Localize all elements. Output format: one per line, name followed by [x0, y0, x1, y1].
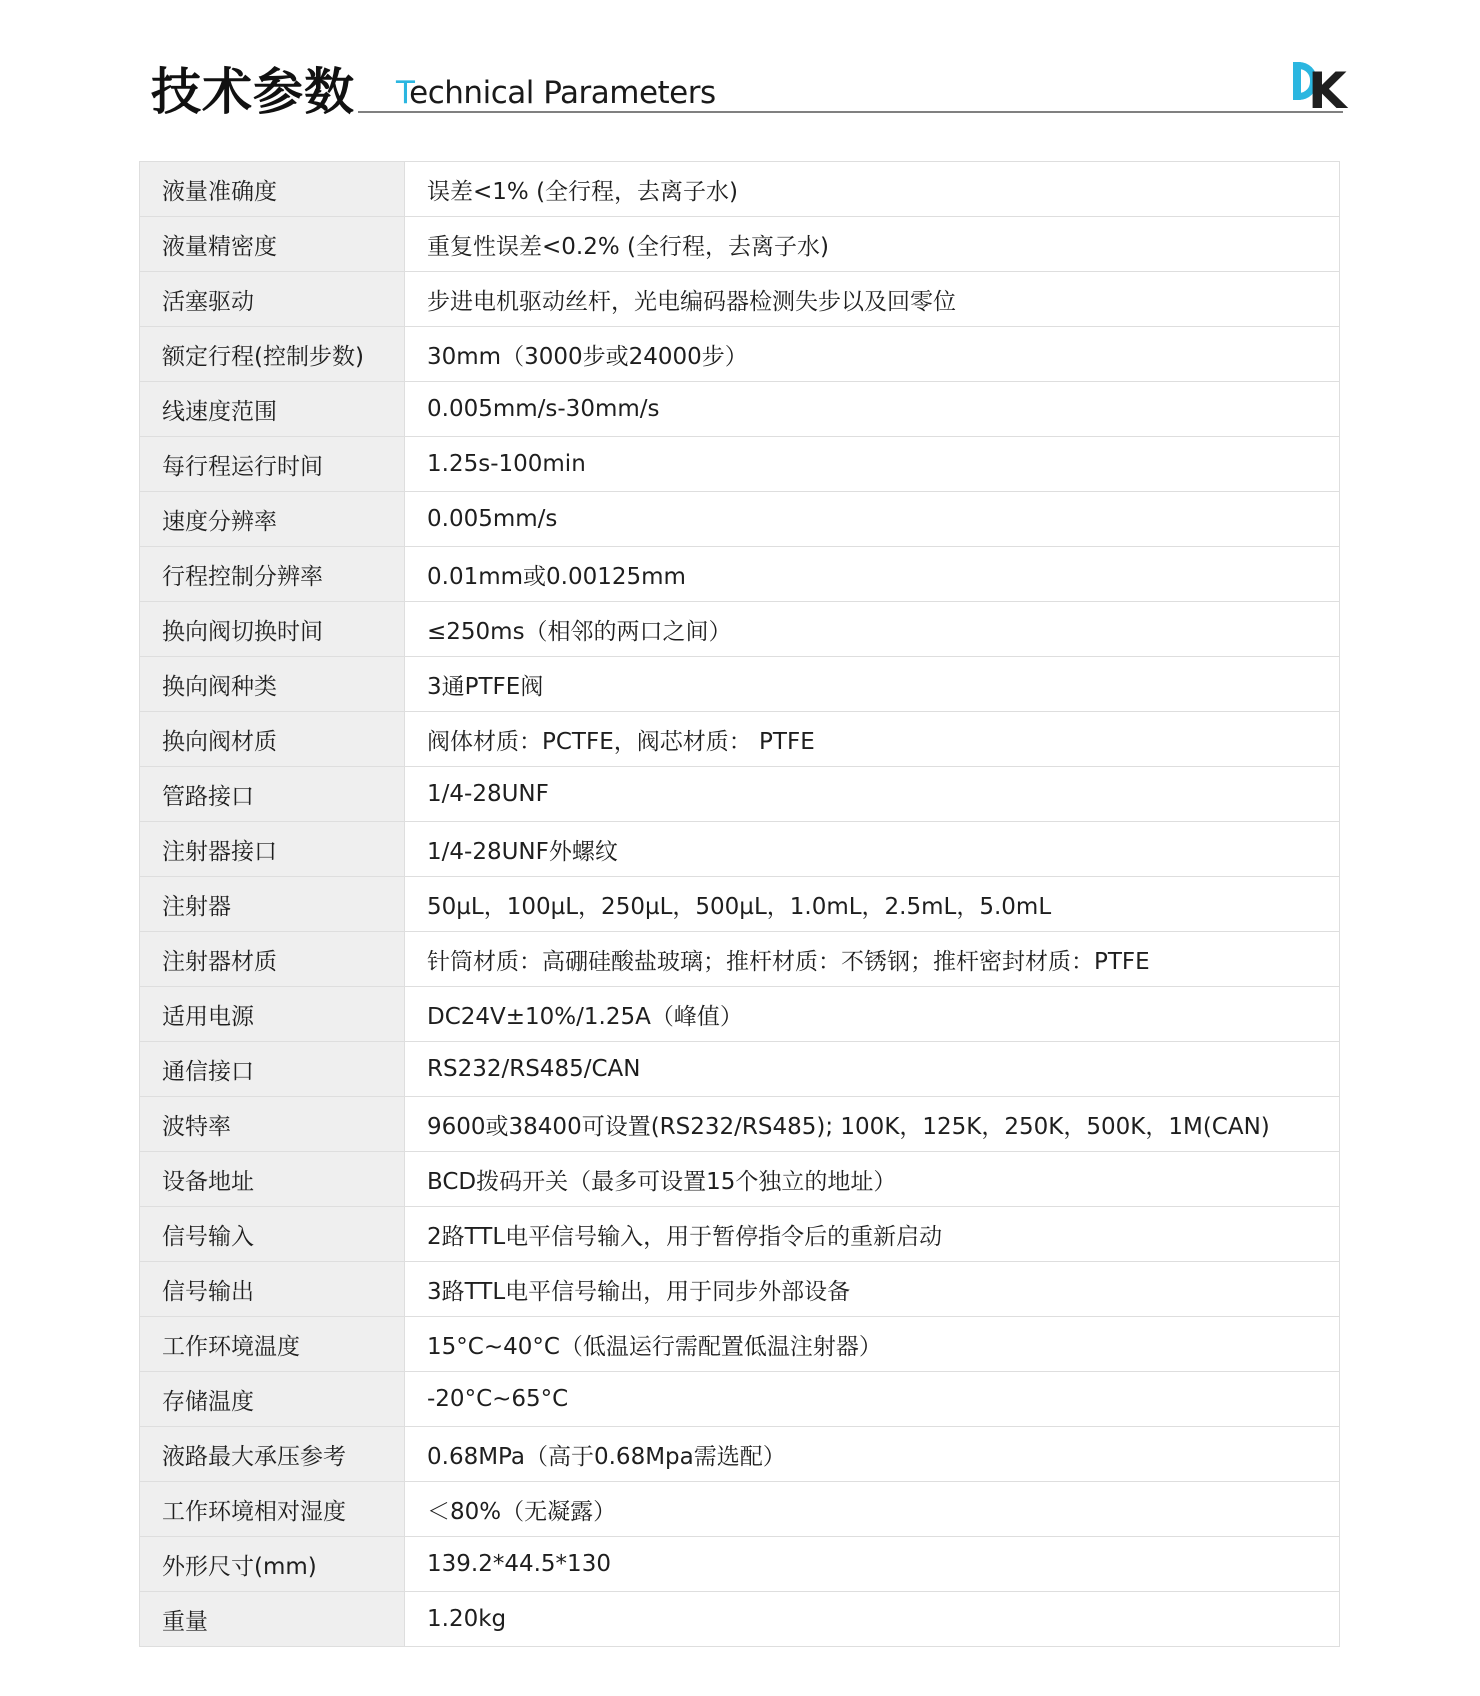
spec-value: RS232/RS485/CAN: [405, 1042, 1340, 1097]
spec-label: 换向阀切换时间: [140, 602, 405, 657]
table-row: 液量精密度重复性误差<0.2% (全行程，去离子水): [140, 217, 1340, 272]
table-row: 管路接口1/4-28UNF: [140, 767, 1340, 822]
spec-value: 30mm（3000步或24000步）: [405, 327, 1340, 382]
spec-label: 存储温度: [140, 1372, 405, 1427]
spec-label: 活塞驱动: [140, 272, 405, 327]
title-en-accent-letter: T: [396, 75, 409, 111]
spec-label: 速度分辨率: [140, 492, 405, 547]
spec-value: 0.68MPa（高于0.68Mpa需选配）: [405, 1427, 1340, 1482]
table-row: 速度分辨率0.005mm/s: [140, 492, 1340, 547]
spec-value: ＜80%（无凝露）: [405, 1482, 1340, 1537]
spec-label: 外形尺寸(mm): [140, 1537, 405, 1592]
spec-value: 重复性误差<0.2% (全行程，去离子水): [405, 217, 1340, 272]
spec-value: 1.20kg: [405, 1592, 1340, 1647]
spec-value: 1/4-28UNF: [405, 767, 1340, 822]
table-row: 存储温度-20°C~65°C: [140, 1372, 1340, 1427]
spec-label: 信号输入: [140, 1207, 405, 1262]
page-title-en: Technical Parameters: [396, 74, 716, 112]
spec-value: 50µL，100µL，250µL，500µL，1.0mL，2.5mL，5.0mL: [405, 877, 1340, 932]
table-row: 工作环境温度15°C~40°C（低温运行需配置低温注射器）: [140, 1317, 1340, 1372]
dk-logo-icon: K: [1290, 60, 1348, 114]
table-row: 液量准确度误差<1% (全行程，去离子水): [140, 162, 1340, 217]
spec-label: 注射器: [140, 877, 405, 932]
spec-label: 液量准确度: [140, 162, 405, 217]
table-row: 每行程运行时间1.25s-100min: [140, 437, 1340, 492]
spec-value: 针筒材质：高硼硅酸盐玻璃；推杆材质：不锈钢；推杆密封材质：PTFE: [405, 932, 1340, 987]
table-row: 线速度范围0.005mm/s-30mm/s: [140, 382, 1340, 437]
spec-label: 通信接口: [140, 1042, 405, 1097]
spec-label: 适用电源: [140, 987, 405, 1042]
spec-label: 液路最大承压参考: [140, 1427, 405, 1482]
spec-label: 信号输出: [140, 1262, 405, 1317]
spec-label: 线速度范围: [140, 382, 405, 437]
page-title-cn: 技术参数: [151, 62, 355, 122]
table-row: 重量1.20kg: [140, 1592, 1340, 1647]
table-row: 活塞驱动步进电机驱动丝杆，光电编码器检测失步以及回零位: [140, 272, 1340, 327]
table-row: 波特率9600或38400可设置(RS232/RS485); 100K，125K…: [140, 1097, 1340, 1152]
spec-value: ≤250ms（相邻的两口之间）: [405, 602, 1340, 657]
spec-label: 工作环境温度: [140, 1317, 405, 1372]
spec-label: 注射器接口: [140, 822, 405, 877]
table-row: 设备地址BCD拨码开关（最多可设置15个独立的地址）: [140, 1152, 1340, 1207]
table-row: 信号输入2路TTL电平信号输入，用于暂停指令后的重新启动: [140, 1207, 1340, 1262]
spec-value: 1/4-28UNF外螺纹: [405, 822, 1340, 877]
table-row: 注射器50µL，100µL，250µL，500µL，1.0mL，2.5mL，5.…: [140, 877, 1340, 932]
spec-label: 注射器材质: [140, 932, 405, 987]
spec-value: 2路TTL电平信号输入，用于暂停指令后的重新启动: [405, 1207, 1340, 1262]
table-row: 液路最大承压参考0.68MPa（高于0.68Mpa需选配）: [140, 1427, 1340, 1482]
spec-label: 换向阀种类: [140, 657, 405, 712]
spec-label: 重量: [140, 1592, 405, 1647]
spec-label: 管路接口: [140, 767, 405, 822]
spec-table-body: 液量准确度误差<1% (全行程，去离子水)液量精密度重复性误差<0.2% (全行…: [140, 162, 1340, 1647]
spec-value: 0.005mm/s: [405, 492, 1340, 547]
table-row: 工作环境相对湿度＜80%（无凝露）: [140, 1482, 1340, 1537]
spec-value: 9600或38400可设置(RS232/RS485); 100K，125K，25…: [405, 1097, 1340, 1152]
table-row: 适用电源DC24V±10%/1.25A（峰值）: [140, 987, 1340, 1042]
spec-value: 1.25s-100min: [405, 437, 1340, 492]
table-row: 注射器材质针筒材质：高硼硅酸盐玻璃；推杆材质：不锈钢；推杆密封材质：PTFE: [140, 932, 1340, 987]
spec-label: 工作环境相对湿度: [140, 1482, 405, 1537]
spec-label: 设备地址: [140, 1152, 405, 1207]
spec-value: 0.005mm/s-30mm/s: [405, 382, 1340, 437]
spec-label: 额定行程(控制步数): [140, 327, 405, 382]
spec-label: 波特率: [140, 1097, 405, 1152]
spec-value: DC24V±10%/1.25A（峰值）: [405, 987, 1340, 1042]
table-row: 额定行程(控制步数)30mm（3000步或24000步）: [140, 327, 1340, 382]
spec-value: 3路TTL电平信号输出，用于同步外部设备: [405, 1262, 1340, 1317]
spec-value: 0.01mm或0.00125mm: [405, 547, 1340, 602]
spec-label: 换向阀材质: [140, 712, 405, 767]
spec-label: 每行程运行时间: [140, 437, 405, 492]
spec-value: 139.2*44.5*130: [405, 1537, 1340, 1592]
page-header: 技术参数 Technical Parameters K: [0, 0, 1480, 130]
table-row: 行程控制分辨率0.01mm或0.00125mm: [140, 547, 1340, 602]
logo-letter-k: K: [1308, 66, 1347, 116]
title-en-rest: echnical Parameters: [409, 75, 715, 111]
spec-value: BCD拨码开关（最多可设置15个独立的地址）: [405, 1152, 1340, 1207]
table-row: 信号输出3路TTL电平信号输出，用于同步外部设备: [140, 1262, 1340, 1317]
table-row: 通信接口RS232/RS485/CAN: [140, 1042, 1340, 1097]
table-row: 注射器接口1/4-28UNF外螺纹: [140, 822, 1340, 877]
spec-value: 阀体材质：PCTFE，阀芯材质： PTFE: [405, 712, 1340, 767]
title-underline-divider: [358, 111, 1343, 113]
spec-value: 误差<1% (全行程，去离子水): [405, 162, 1340, 217]
technical-parameters-table: 液量准确度误差<1% (全行程，去离子水)液量精密度重复性误差<0.2% (全行…: [139, 161, 1340, 1647]
table-row: 换向阀材质阀体材质：PCTFE，阀芯材质： PTFE: [140, 712, 1340, 767]
spec-value: -20°C~65°C: [405, 1372, 1340, 1427]
spec-value: 3通PTFE阀: [405, 657, 1340, 712]
table-row: 换向阀种类3通PTFE阀: [140, 657, 1340, 712]
spec-value: 15°C~40°C（低温运行需配置低温注射器）: [405, 1317, 1340, 1372]
spec-label: 行程控制分辨率: [140, 547, 405, 602]
table-row: 换向阀切换时间≤250ms（相邻的两口之间）: [140, 602, 1340, 657]
table-row: 外形尺寸(mm)139.2*44.5*130: [140, 1537, 1340, 1592]
spec-value: 步进电机驱动丝杆，光电编码器检测失步以及回零位: [405, 272, 1340, 327]
spec-label: 液量精密度: [140, 217, 405, 272]
